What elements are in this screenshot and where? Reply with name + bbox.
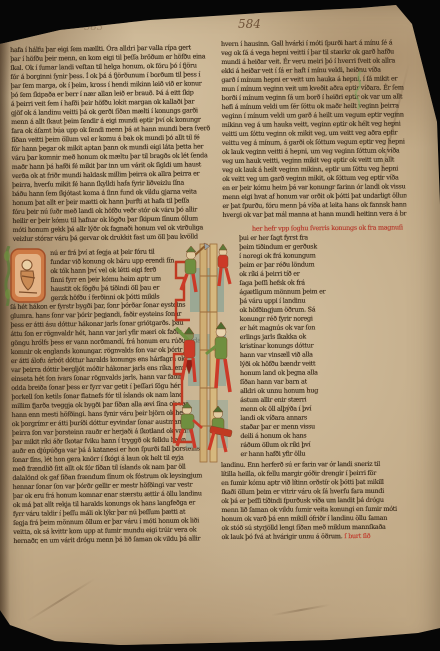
illuminated-initial-climbing-figures: [172, 242, 238, 464]
right-column-lower-text: landinu. Enn herferð sú er farin var ór …: [221, 460, 409, 542]
manuscript-text-line: hernaðr, en um várit drógu menn þá lið ſ…: [13, 534, 212, 546]
manuscript-text-line: er hann hafði yfir öllu: [241, 449, 407, 459]
historiated-initial-small: [2, 246, 48, 306]
left-column-upper-text: hafa í hálfu þar eigi ſem mællti. Óra al…: [10, 43, 213, 244]
last-line-text: ok lauk þó ſvá at hvárigir unnu á öðrum.: [222, 532, 345, 541]
right-column-text-beside-initial: þui er her ſagt fyrst fraþeim tiðindum e…: [239, 233, 407, 459]
green-margin-mark: [352, 70, 368, 110]
parchment-crease: [27, 578, 96, 622]
parchment-crease: [271, 604, 330, 616]
manuscript-text-line: hvergi ok var þat mál manna at hann mund…: [222, 209, 406, 220]
photo-background: { "page": { "description": "Medieval Ice…: [0, 0, 440, 651]
manuscript-page: 583 584 hafa í hálfu þar eigi ſem mællti…: [0, 0, 440, 651]
right-column-upper-text: hvern í hausinn. Gall hvárki í móti ſpur…: [221, 38, 407, 220]
manuscript-text-line: ok lauk þó ſvá at hvárigir unnu á öðrum.…: [222, 532, 409, 542]
page-number-583: 583: [84, 22, 103, 33]
page-number-584: 584: [238, 17, 261, 31]
red-colophon-note: ſ burt ſið: [344, 532, 370, 540]
